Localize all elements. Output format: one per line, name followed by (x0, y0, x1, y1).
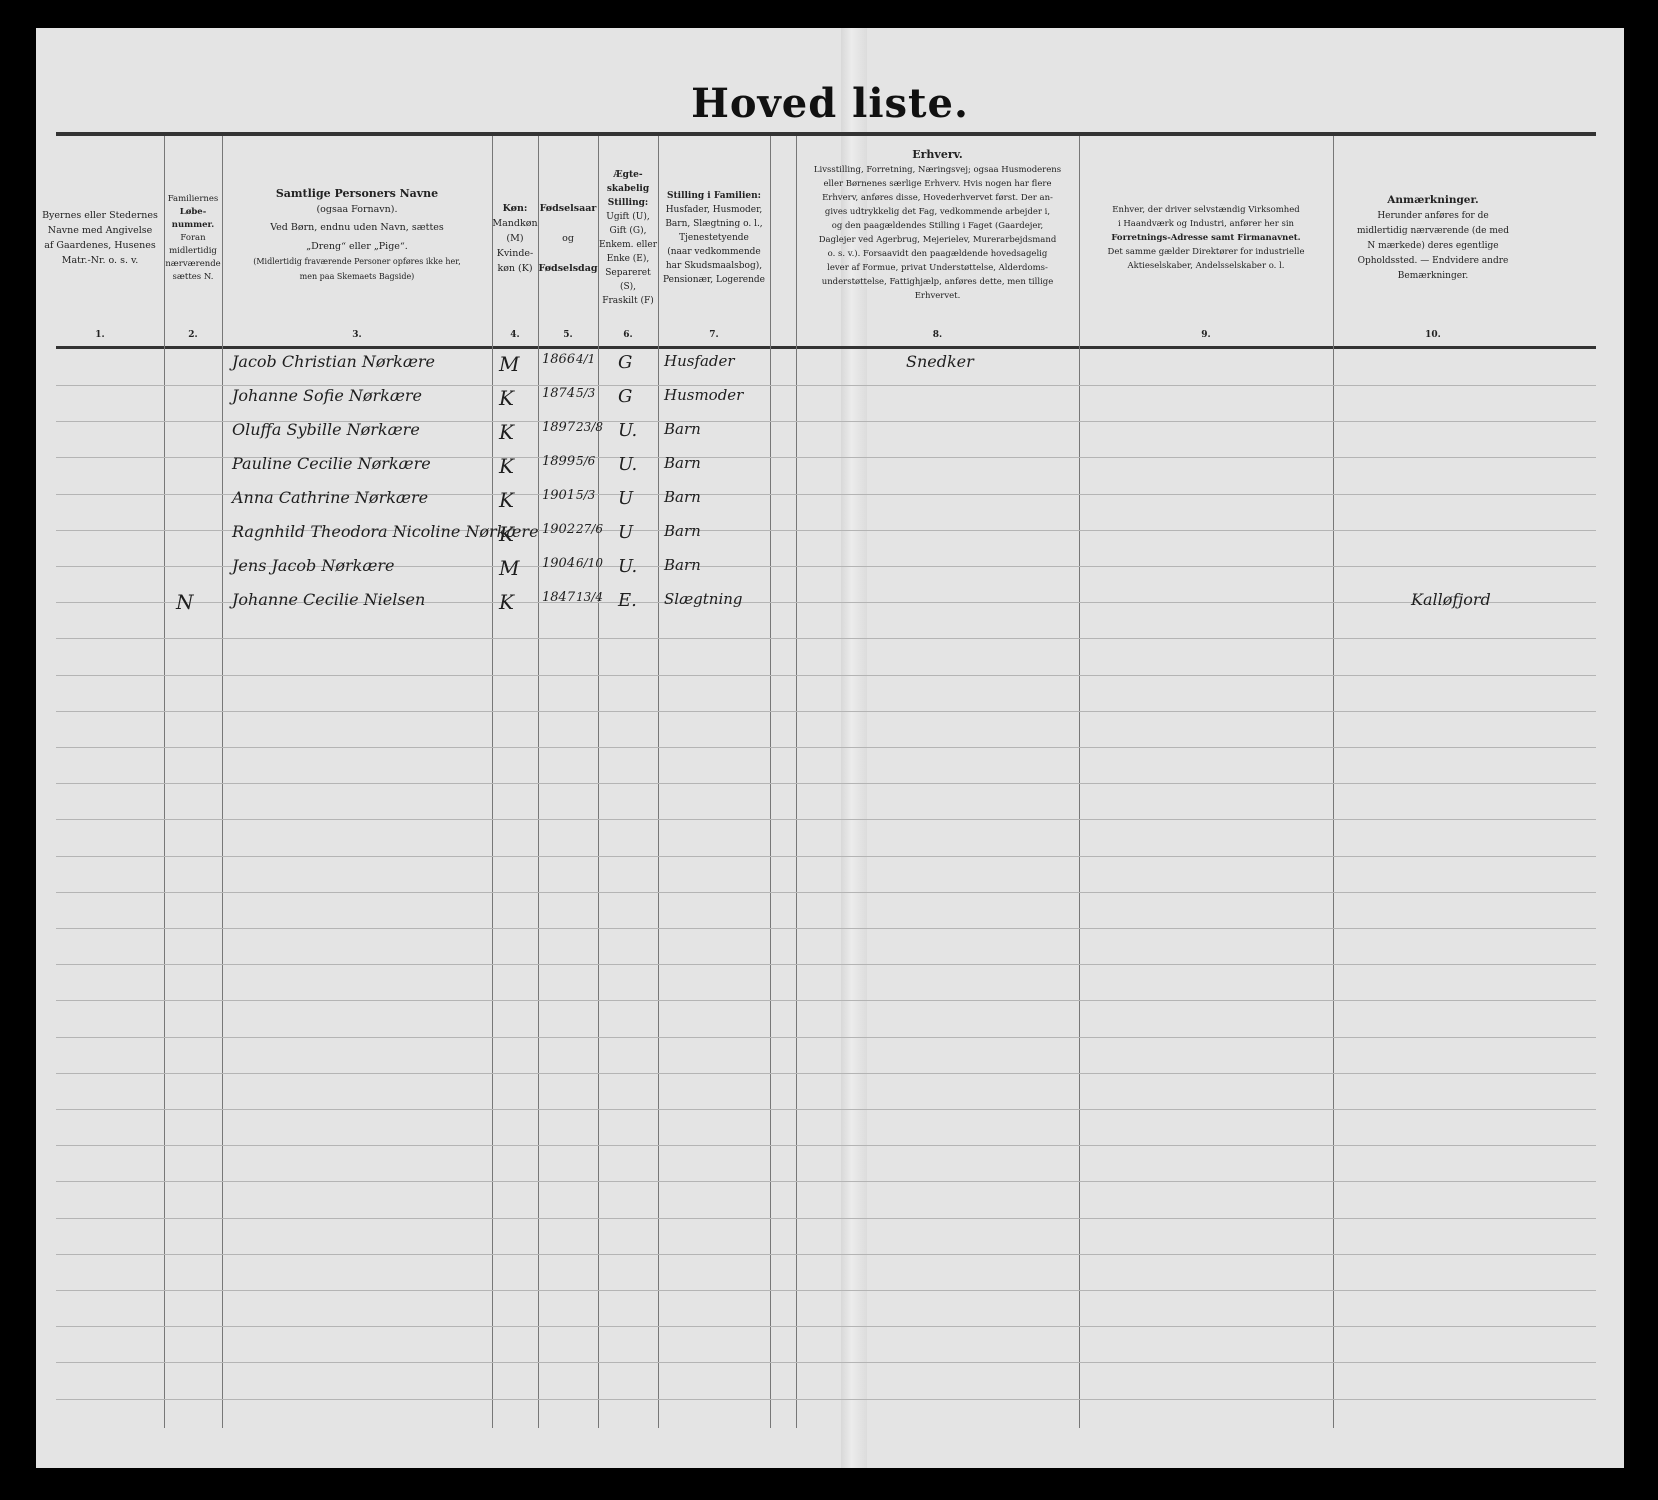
row-rule (56, 1290, 1596, 1291)
cell-day: 4/1 (576, 352, 595, 366)
cell-remark: Kalløfjord (1411, 590, 1491, 609)
row-rule (56, 892, 1596, 893)
cell-position: Barn (664, 420, 701, 438)
header-col-6: Ægte-skabeligStilling:Ugift (U),Gift (G)… (598, 138, 658, 338)
census-page: Hoved liste. Byernes eller StedernesNavn… (36, 28, 1624, 1468)
cell-day: 5/3 (576, 488, 595, 502)
row-rule (56, 638, 1596, 639)
column-number: 9. (1079, 330, 1333, 340)
cell-year: 1904 (542, 556, 575, 571)
row-rule (56, 1037, 1596, 1038)
cell-year: 1901 (542, 488, 575, 503)
row-rule (56, 819, 1596, 820)
cell-year: 1874 (542, 386, 575, 401)
row-rule (56, 783, 1596, 784)
cell-day: 5/3 (576, 386, 595, 400)
cell-marital: E. (618, 590, 637, 611)
row-rule (56, 1218, 1596, 1219)
cell-sex: K (499, 420, 514, 444)
cell-sex: M (499, 556, 519, 580)
cell-sex: K (499, 590, 514, 614)
header-col-9: Enhver, der driver selvstændig Virksomhe… (1079, 138, 1333, 338)
cell-position: Barn (664, 522, 701, 540)
header-col-3: Samtlige Personers Navne(ogsaa Fornavn).… (222, 138, 492, 336)
row-rule (56, 856, 1596, 857)
cell-marital: G (618, 386, 632, 407)
row-rule (56, 1326, 1596, 1327)
column-number: 10. (1333, 330, 1533, 340)
column-number: 4. (492, 330, 538, 340)
header-col-8: Erhverv.Livsstilling, Forretning, Næring… (796, 138, 1079, 338)
column-number: 5. (538, 330, 598, 340)
cell-year: 1899 (542, 454, 575, 469)
column-number: 7. (658, 330, 770, 340)
cell-day: 23/8 (576, 420, 603, 434)
header-col-10: Anmærkninger.Herunder anføres for demidl… (1333, 138, 1533, 338)
row-rule (56, 1000, 1596, 1001)
cell-sex: M (499, 352, 519, 376)
cell-marital: U. (618, 420, 637, 441)
header-rule (56, 346, 1596, 349)
column-number: 2. (164, 330, 222, 340)
cell-position: Husmoder (664, 386, 743, 404)
header-col-4: Køn:Mandkøn(M)Kvinde-køn (K) (492, 138, 538, 338)
column-number: 1. (36, 330, 164, 340)
header-col-7: Stilling i Familien:Husfader, Husmoder,B… (658, 138, 770, 338)
page-title: Hoved liste. (36, 80, 1624, 127)
row-rule (56, 928, 1596, 929)
row-rule (56, 1109, 1596, 1110)
cell-day: 27/6 (576, 522, 603, 536)
column-divider (770, 136, 771, 1428)
cell-name: Ragnhild Theodora Nicoline Nørkære (232, 522, 539, 541)
header-col-1: Byernes eller StedernesNavne med Angivel… (36, 138, 164, 338)
row-rule (56, 675, 1596, 676)
header-col-5: FødselsaarogFødselsdag (538, 138, 598, 338)
row-rule (56, 711, 1596, 712)
row-rule (56, 1399, 1596, 1400)
row-rule (56, 964, 1596, 965)
cell-marital: U. (618, 454, 637, 475)
cell-sex: K (499, 488, 514, 512)
cell-year: 1866 (542, 352, 575, 367)
cell-year: 1897 (542, 420, 575, 435)
cell-position: Barn (664, 488, 701, 506)
row-rule (56, 1254, 1596, 1255)
cell-marital: G (618, 352, 632, 373)
cell-name: Pauline Cecilie Nørkære (232, 454, 431, 473)
cell-name: Johanne Cecilie Nielsen (232, 590, 425, 609)
row-rule (56, 1362, 1596, 1363)
cell-position: Slægtning (664, 590, 743, 608)
top-rule (56, 132, 1596, 136)
cell-sex: K (499, 522, 514, 546)
cell-year: 1902 (542, 522, 575, 537)
cell-day: 5/6 (576, 454, 595, 468)
cell-position: Barn (664, 556, 701, 574)
cell-lobenr: N (176, 590, 194, 614)
column-number: 3. (222, 330, 492, 340)
cell-marital: U (618, 488, 633, 509)
cell-name: Jacob Christian Nørkære (232, 352, 435, 371)
cell-name: Jens Jacob Nørkære (232, 556, 395, 575)
cell-position: Husfader (664, 352, 735, 370)
cell-sex: K (499, 454, 514, 478)
row-rule (56, 1181, 1596, 1182)
cell-day: 6/10 (576, 556, 603, 570)
cell-year: 1847 (542, 590, 575, 605)
cell-occupation: Snedker (906, 352, 974, 371)
column-number: 8. (796, 330, 1079, 340)
header-col-2: FamiliernesLøbe-nummer.Foranmidlertidign… (164, 138, 222, 338)
cell-position: Barn (664, 454, 701, 472)
row-rule (56, 1145, 1596, 1146)
cell-name: Anna Cathrine Nørkære (232, 488, 428, 507)
cell-day: 13/4 (576, 590, 603, 604)
cell-name: Oluffa Sybille Nørkære (232, 420, 420, 439)
cell-name: Johanne Sofie Nørkære (232, 386, 422, 405)
row-rule (56, 747, 1596, 748)
cell-marital: U. (618, 556, 637, 577)
column-number: 6. (598, 330, 658, 340)
row-rule (56, 1073, 1596, 1074)
cell-marital: U (618, 522, 633, 543)
cell-sex: K (499, 386, 514, 410)
